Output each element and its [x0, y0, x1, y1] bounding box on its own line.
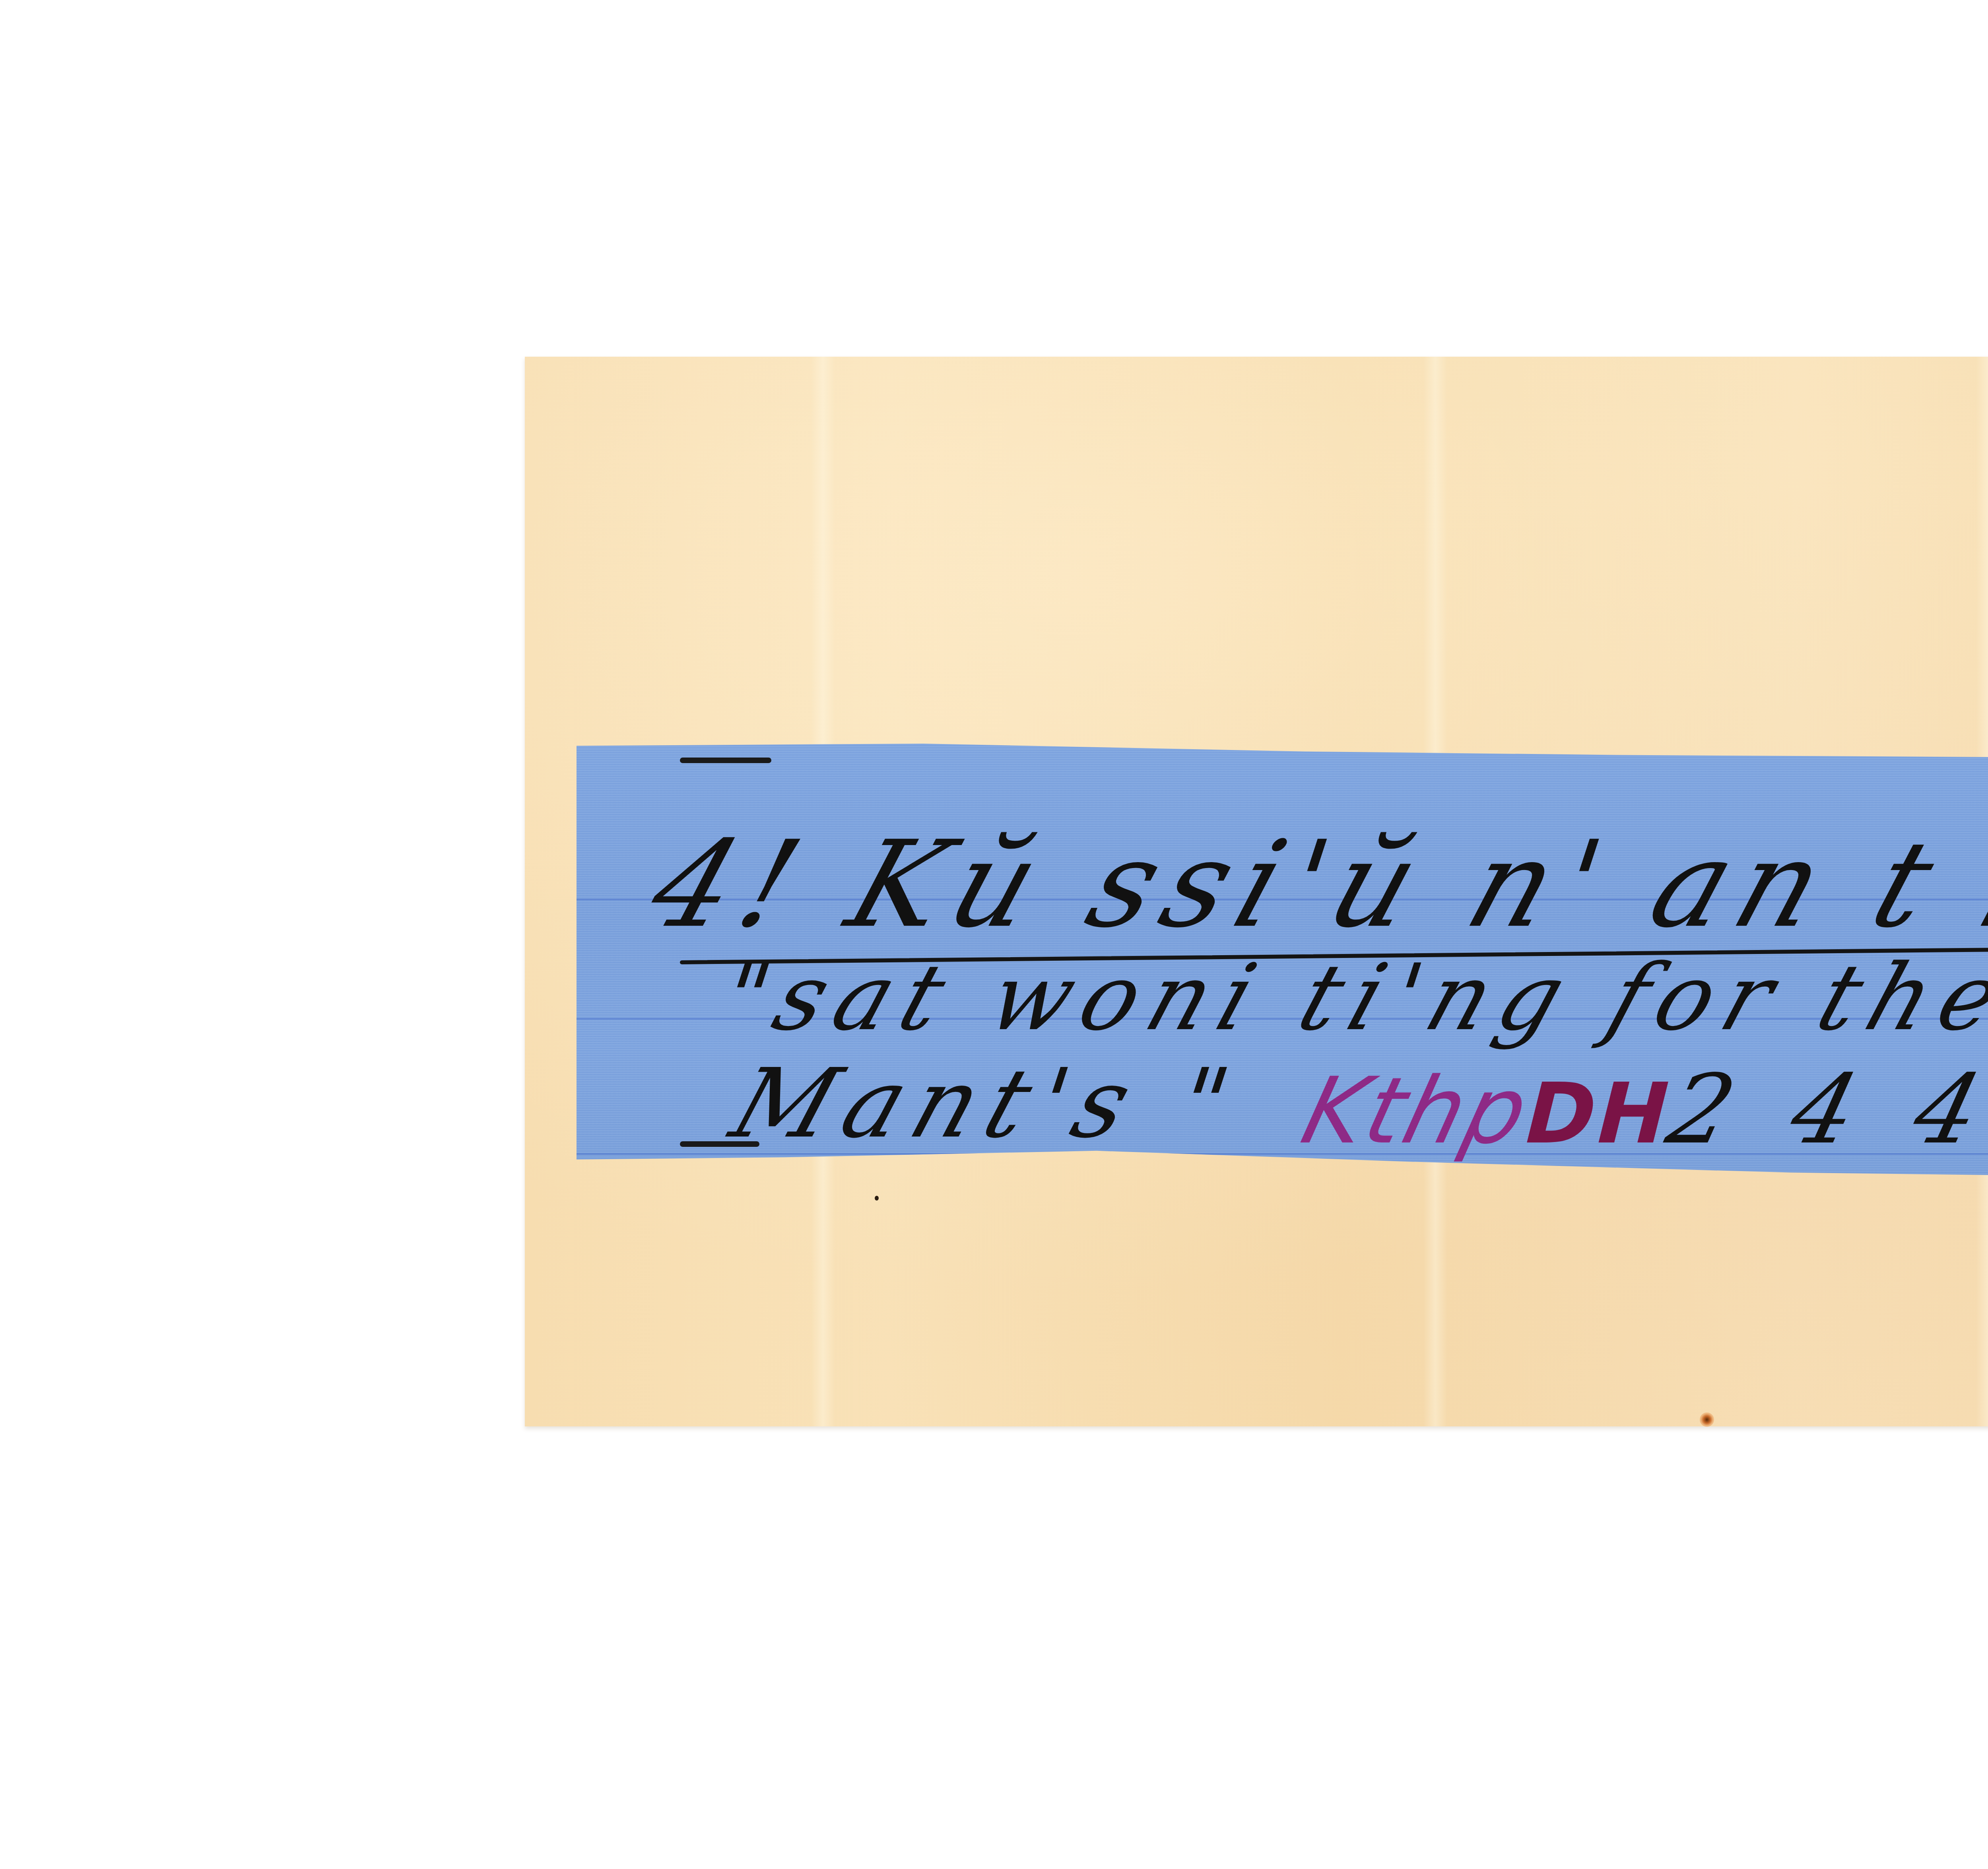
purple-annotation: KthpDH2 4 4 9 1/. [1292, 1054, 1988, 1165]
rust-spot [1700, 1412, 1714, 1427]
manuscript-line-3: Mant's " [720, 1050, 1254, 1157]
manuscript-line-2: "sat woni ti'ng for the [708, 946, 1988, 1050]
manuscript-line-1: 4! Kŭ ssi'ŭ n' an t kăggi [636, 819, 1988, 950]
annotation-part-a: Kthp [1292, 1058, 1540, 1164]
ink-speck [875, 1196, 879, 1201]
annotation-part-b: DH [1514, 1065, 1683, 1162]
manuscript-line-3-tail: 2 4 4 9 1/. [1658, 1054, 1988, 1165]
manuscript-strip: 4! Kŭ ssi'ŭ n' an t kăggi "sat woni ti'n… [577, 744, 1988, 1179]
cut-off-ink-mark [680, 758, 771, 763]
